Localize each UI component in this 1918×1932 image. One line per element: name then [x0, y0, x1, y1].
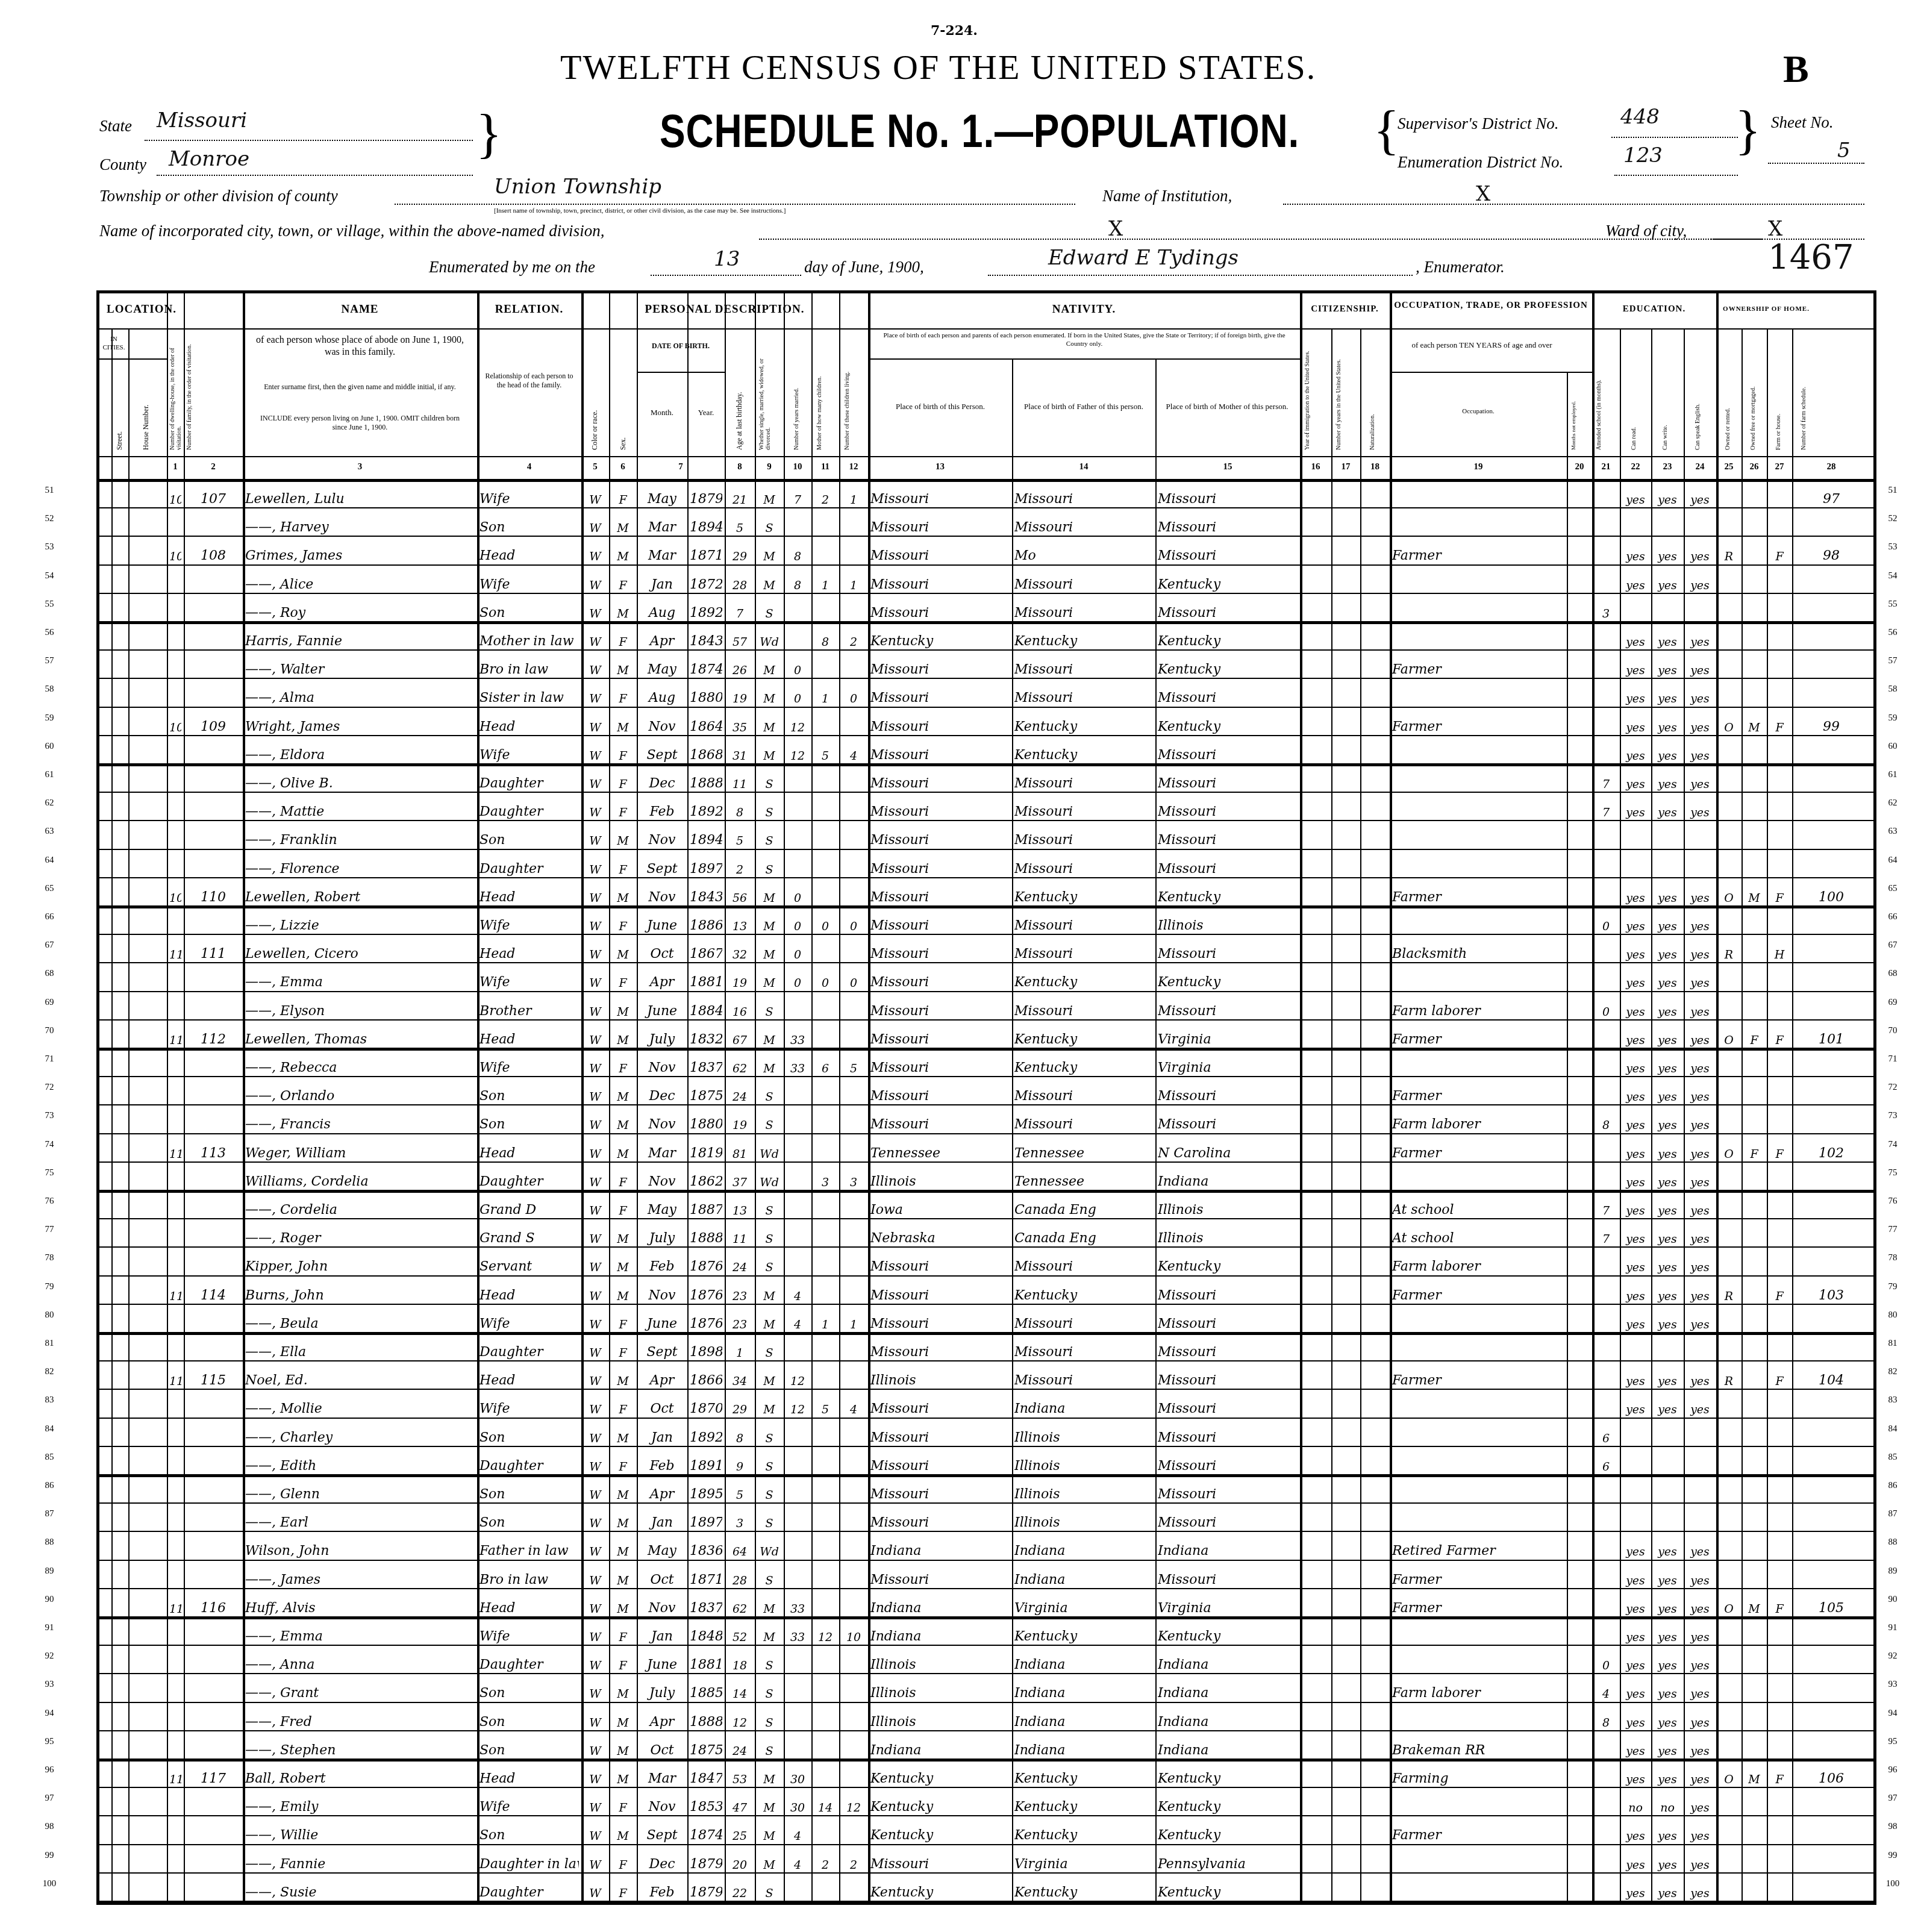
- line-number: 59: [1881, 713, 1905, 724]
- line-number: 89: [1881, 1566, 1905, 1577]
- column-number: 3: [243, 462, 477, 472]
- cell-write: yes: [1654, 1035, 1681, 1046]
- cell-relation: Servant: [479, 1260, 579, 1274]
- cell-year: 1897: [690, 863, 722, 876]
- cell-name: ——, Grant: [245, 1687, 475, 1700]
- cell-name: ——, Alice: [245, 578, 475, 592]
- cell-yrs-married: 4: [786, 1831, 809, 1842]
- line-number: 90: [37, 1595, 61, 1605]
- cell-year: 1868: [690, 749, 722, 762]
- line-number: 85: [37, 1452, 61, 1463]
- cell-mother-birth: Kentucky: [1158, 1630, 1298, 1643]
- cell-occupation: Farmer: [1392, 1602, 1564, 1615]
- cell-birth: Missouri: [870, 1005, 1010, 1018]
- cell-age: 22: [727, 1888, 752, 1899]
- cell-english: yes: [1686, 722, 1714, 734]
- column-number: 23: [1651, 462, 1684, 472]
- cell-sex: F: [611, 1205, 634, 1217]
- cell-marital: M: [757, 1319, 781, 1331]
- line-number: 99: [37, 1851, 61, 1861]
- header-color: Color or race.: [590, 384, 599, 450]
- cell-relation: Son: [479, 1516, 579, 1530]
- header-occupation-desc: of each person TEN YEARS of age and over: [1395, 340, 1569, 350]
- cell-marital: M: [757, 1831, 781, 1842]
- cell-mother-birth: Kentucky: [1158, 1801, 1298, 1814]
- cell-age: 57: [727, 637, 752, 648]
- table-row: ——, FannieDaughter in lawWFDec187920M422…: [99, 1845, 1873, 1874]
- cell-mother-birth: Missouri: [1158, 863, 1298, 876]
- line-number: 87: [1881, 1509, 1905, 1519]
- line-number: 72: [37, 1083, 61, 1093]
- cell-farm: F: [1769, 893, 1790, 904]
- cell-english: yes: [1686, 1035, 1714, 1046]
- cell-age: 12: [727, 1718, 752, 1729]
- cell-father-birth: Indiana: [1014, 1687, 1153, 1700]
- cell-yrs-married: 33: [786, 1035, 809, 1046]
- cell-year: 1879: [690, 1858, 722, 1871]
- line-number: 52: [1881, 514, 1905, 524]
- cell-farm: F: [1769, 551, 1790, 563]
- cell-year: 1880: [690, 692, 722, 705]
- cell-read: yes: [1622, 1149, 1649, 1160]
- cell-school: 7: [1595, 1205, 1617, 1217]
- cell-name: ——, Emma: [245, 976, 475, 989]
- cell-mother-birth: Kentucky: [1158, 721, 1298, 734]
- cell-schedule: 102: [1795, 1147, 1868, 1160]
- cell-color: W: [584, 807, 607, 819]
- cell-mother-birth: Missouri: [1158, 749, 1298, 762]
- cell-sex: M: [611, 1689, 634, 1700]
- cell-mother-birth: Missouri: [1158, 948, 1298, 961]
- cell-occupation: Farming: [1392, 1772, 1564, 1786]
- line-number: 99: [1881, 1851, 1905, 1861]
- cell-marital: S: [757, 779, 781, 790]
- cell-living: 10: [842, 1632, 866, 1643]
- cell-name: ——, Fannie: [245, 1858, 475, 1871]
- cell-year: 1895: [690, 1488, 722, 1501]
- line-number: 100: [37, 1879, 61, 1889]
- cell-family: 111: [186, 948, 240, 961]
- cell-english: yes: [1686, 1746, 1714, 1757]
- header-immigration-year: Year of immigration to the United States…: [1304, 336, 1311, 450]
- cell-year: 1871: [690, 1574, 722, 1587]
- line-number: 84: [1881, 1424, 1905, 1434]
- cell-age: 35: [727, 722, 752, 734]
- cell-read: yes: [1622, 495, 1649, 506]
- cell-relation: Sister in law: [479, 692, 579, 705]
- cell-color: W: [584, 1746, 607, 1757]
- cell-father-birth: Kentucky: [1014, 1630, 1153, 1643]
- header-nativity-desc: Place of birth of each person and parent…: [876, 332, 1292, 349]
- cell-name: ——, Olive B.: [245, 777, 475, 790]
- cell-english: yes: [1686, 1007, 1714, 1018]
- cell-english: yes: [1686, 1802, 1714, 1814]
- cell-english: yes: [1686, 1888, 1714, 1899]
- cell-school: 7: [1595, 1234, 1617, 1245]
- cell-english: yes: [1686, 1205, 1714, 1217]
- cell-relation: Wife: [479, 1402, 579, 1416]
- cell-month: Mar: [639, 549, 685, 563]
- cell-color: W: [584, 1660, 607, 1672]
- cell-sex: M: [611, 1120, 634, 1131]
- table-row: ——, FrancisSonWMNov188019SMissouriMissou…: [99, 1105, 1873, 1134]
- cell-birth: Missouri: [870, 1061, 1010, 1075]
- header-marital: Whether single, married, widowed, or div…: [758, 336, 772, 450]
- cell-family: 116: [186, 1602, 240, 1615]
- line-number: 88: [1881, 1537, 1905, 1548]
- cell-english: yes: [1686, 1546, 1714, 1558]
- cell-mother-birth: Missouri: [1158, 1488, 1298, 1501]
- line-number: 94: [37, 1708, 61, 1719]
- enumerator-fill-line: [988, 275, 1413, 276]
- cell-month: June: [639, 919, 685, 933]
- line-number: 65: [37, 884, 61, 894]
- cell-birth: Missouri: [870, 578, 1010, 592]
- cell-occupation: Blacksmith: [1392, 948, 1564, 961]
- cell-sex: M: [611, 1376, 634, 1387]
- header-nativity: NATIVITY.: [868, 303, 1300, 316]
- enumeration-label: Enumeration District No.: [1398, 153, 1563, 172]
- cell-living: 4: [842, 1404, 866, 1416]
- cell-read: yes: [1622, 551, 1649, 563]
- column-number: 16: [1300, 462, 1331, 472]
- cell-month: Nov: [639, 1602, 685, 1615]
- cell-month: May: [639, 1545, 685, 1558]
- cell-family: 108: [186, 549, 240, 563]
- cell-name: ——, Cordelia: [245, 1204, 475, 1217]
- cell-marital: Wd: [757, 637, 781, 648]
- cell-age: 62: [727, 1604, 752, 1615]
- cell-age: 8: [727, 1433, 752, 1445]
- cell-read: yes: [1622, 779, 1649, 790]
- line-number: 74: [37, 1140, 61, 1150]
- header-sex: Sex.: [619, 414, 628, 450]
- cell-sex: F: [611, 693, 634, 705]
- cell-relation: Son: [479, 1687, 579, 1700]
- cell-sex: M: [611, 836, 634, 847]
- sheet-letter: B: [1783, 47, 1809, 92]
- cell-year: 1879: [690, 1886, 722, 1899]
- line-number: 61: [1881, 770, 1905, 780]
- header-location: LOCATION.: [99, 303, 184, 316]
- header-name: NAME: [243, 303, 477, 316]
- cell-name: ——, Ella: [245, 1346, 475, 1359]
- table-row: ——, SusieDaughterWFFeb187922SKentuckyKen…: [99, 1874, 1873, 1902]
- header-birth-father: Place of birth of Father of this person.: [1017, 402, 1151, 411]
- cell-living: 2: [842, 637, 866, 648]
- cell-living: 12: [842, 1802, 866, 1814]
- cell-mother-birth: Illinois: [1158, 919, 1298, 933]
- cell-english: yes: [1686, 551, 1714, 563]
- cell-birth: Missouri: [870, 1516, 1010, 1530]
- cell-name: ——, Roger: [245, 1232, 475, 1245]
- cell-relation: Grand D: [479, 1204, 579, 1217]
- cell-relation: Wife: [479, 1318, 579, 1331]
- cell-living: 1: [842, 1319, 866, 1331]
- cell-age: 23: [727, 1291, 752, 1302]
- line-number: 71: [1881, 1054, 1905, 1064]
- cell-color: W: [584, 1262, 607, 1274]
- cell-month: Oct: [639, 1574, 685, 1587]
- cell-color: W: [584, 1376, 607, 1387]
- cell-occupation: Farmer: [1392, 663, 1564, 677]
- cell-yrs-married: 0: [786, 665, 809, 677]
- cell-read: yes: [1622, 722, 1649, 734]
- cell-marital: S: [757, 1888, 781, 1899]
- stamp-number: 1467: [1768, 238, 1854, 277]
- cell-sex: M: [611, 949, 634, 961]
- line-number: 62: [37, 798, 61, 808]
- cell-schedule: 105: [1795, 1602, 1868, 1615]
- table-row: 112113Weger, WilliamHeadWMMar181981WdTen…: [99, 1134, 1873, 1163]
- cell-month: Nov: [639, 1118, 685, 1131]
- cell-month: Jan: [639, 1431, 685, 1445]
- table-row: ——, AlmaSister in lawWFAug188019M010Miss…: [99, 679, 1873, 707]
- line-number: 98: [1881, 1822, 1905, 1832]
- cell-relation: Head: [479, 948, 579, 961]
- header-can-speak-english: Can speak English.: [1695, 354, 1701, 450]
- supervisor-value: 448: [1620, 105, 1660, 129]
- state-label: State: [99, 117, 132, 136]
- cell-year: 1843: [690, 635, 722, 648]
- cell-write: yes: [1654, 1319, 1681, 1331]
- cell-english: yes: [1686, 1234, 1714, 1245]
- cell-write: yes: [1654, 1718, 1681, 1729]
- cell-farm: F: [1769, 1376, 1790, 1387]
- line-number: 77: [1881, 1225, 1905, 1235]
- cell-english: yes: [1686, 1404, 1714, 1416]
- cell-mother-birth: Indiana: [1158, 1744, 1298, 1757]
- supervisor-label: Supervisor's District No.: [1398, 114, 1559, 133]
- cell-yrs-married: 33: [786, 1632, 809, 1643]
- cell-sex: F: [611, 1860, 634, 1871]
- cell-school: 8: [1595, 1120, 1617, 1131]
- header-personal: PERSONAL DESCRIPTION.: [581, 303, 868, 316]
- header-owned-rented: Owned or rented.: [1725, 360, 1731, 450]
- cell-living: 4: [842, 751, 866, 762]
- cell-name: Wright, James: [245, 721, 475, 734]
- cell-name: Grimes, James: [245, 549, 475, 563]
- cell-family: 113: [186, 1147, 240, 1160]
- cell-relation: Son: [479, 1118, 579, 1131]
- cell-year: 1848: [690, 1630, 722, 1643]
- cell-name: ——, Eldora: [245, 749, 475, 762]
- cell-school: 0: [1595, 1007, 1617, 1018]
- line-number: 79: [1881, 1282, 1905, 1292]
- cell-read: yes: [1622, 921, 1649, 933]
- cell-father-birth: Tennessee: [1014, 1147, 1153, 1160]
- cell-marital: Wd: [757, 1149, 781, 1160]
- cell-name: Lewellen, Thomas: [245, 1033, 475, 1046]
- cell-age: 26: [727, 665, 752, 677]
- cell-read: yes: [1622, 1035, 1649, 1046]
- line-number: 81: [37, 1339, 61, 1349]
- table-row: ——, FranklinSonWMNov18945SMissouriMissou…: [99, 821, 1873, 849]
- cell-name: ——, Earl: [245, 1516, 475, 1530]
- cell-read: yes: [1622, 1376, 1649, 1387]
- column-number: 9: [755, 462, 784, 472]
- cell-relation: Wife: [479, 976, 579, 989]
- cell-english: yes: [1686, 1632, 1714, 1643]
- cell-marital: M: [757, 495, 781, 506]
- cell-name: ——, Emma: [245, 1630, 475, 1643]
- cell-read: no: [1622, 1802, 1649, 1814]
- cell-owned: R: [1719, 551, 1739, 563]
- cell-relation: Son: [479, 1090, 579, 1103]
- cell-birth: Tennessee: [870, 1147, 1010, 1160]
- cell-sex: M: [611, 1718, 634, 1729]
- cell-mother-birth: Missouri: [1158, 834, 1298, 847]
- line-number: 93: [1881, 1680, 1905, 1690]
- cell-occupation: Farmer: [1392, 891, 1564, 904]
- cell-farm: F: [1769, 1291, 1790, 1302]
- cell-color: W: [584, 637, 607, 648]
- cell-relation: Daughter: [479, 863, 579, 876]
- cell-birth: Missouri: [870, 549, 1010, 563]
- line-number: 55: [37, 599, 61, 610]
- cell-color: W: [584, 1092, 607, 1103]
- cell-marital: M: [757, 949, 781, 961]
- cell-age: 20: [727, 1860, 752, 1871]
- cell-mother-of: 8: [814, 637, 837, 648]
- cell-relation: Son: [479, 1431, 579, 1445]
- line-number: 91: [37, 1623, 61, 1633]
- row-divider: [99, 1901, 1873, 1904]
- cell-marital: M: [757, 1604, 781, 1615]
- cell-age: 23: [727, 1319, 752, 1331]
- cell-name: ——, Anna: [245, 1658, 475, 1672]
- cell-occupation: Farmer: [1392, 1289, 1564, 1302]
- cell-month: Feb: [639, 1886, 685, 1899]
- cell-month: Feb: [639, 1260, 685, 1274]
- cell-dwelling: 109: [169, 893, 181, 904]
- cell-write: yes: [1654, 693, 1681, 705]
- cell-mother-birth: Missouri: [1158, 692, 1298, 705]
- cell-read: yes: [1622, 1063, 1649, 1075]
- line-number: 71: [37, 1054, 61, 1064]
- cell-schedule: 100: [1795, 891, 1868, 904]
- line-number: 60: [1881, 742, 1905, 752]
- header-in-cities: IN CITIES.: [99, 336, 128, 352]
- column-number: 22: [1620, 462, 1651, 472]
- cell-farm: H: [1769, 949, 1790, 961]
- cell-sex: M: [611, 1746, 634, 1757]
- cell-schedule: 99: [1795, 721, 1868, 734]
- cell-age: 18: [727, 1660, 752, 1672]
- table-row: ——, EmmaWifeWFApr188119M000MissouriKentu…: [99, 963, 1873, 992]
- cell-dwelling: 112: [169, 1149, 181, 1160]
- cell-yrs-married: 8: [786, 580, 809, 592]
- cell-father-birth: Indiana: [1014, 1545, 1153, 1558]
- column-number: 11: [811, 462, 839, 472]
- header-dwelling: Number of dwelling-house, in the order o…: [169, 336, 183, 450]
- cell-english: yes: [1686, 1149, 1714, 1160]
- cell-birth: Illinois: [870, 1687, 1010, 1700]
- cell-year: 1874: [690, 663, 722, 677]
- table-row: ——, EdithDaughterWFFeb18919SMissouriIlli…: [99, 1447, 1873, 1475]
- cell-birth: Kentucky: [870, 1886, 1010, 1899]
- cell-yrs-married: 4: [786, 1319, 809, 1331]
- occupation-divider: [1390, 372, 1592, 373]
- cell-free: F: [1744, 1035, 1764, 1046]
- cell-mother-birth: Missouri: [1158, 1318, 1298, 1331]
- cell-name: Ball, Robert: [245, 1772, 475, 1786]
- cell-color: W: [584, 1063, 607, 1075]
- cell-read: yes: [1622, 1546, 1649, 1558]
- cell-birth: Missouri: [870, 1318, 1010, 1331]
- header-name-instr1: Enter surname first, then the given name…: [253, 383, 467, 392]
- cell-father-birth: Missouri: [1014, 493, 1153, 506]
- township-note: [Insert name of township, town, precinct…: [494, 207, 786, 214]
- cell-sex: F: [611, 580, 634, 592]
- cell-name: ——, Alma: [245, 692, 475, 705]
- column-number: 19: [1390, 462, 1567, 472]
- line-number: 67: [1881, 940, 1905, 951]
- cell-father-birth: Mo: [1014, 549, 1153, 563]
- cell-mother-birth: Illinois: [1158, 1232, 1298, 1245]
- cell-dwelling: 115: [169, 1604, 181, 1615]
- cell-month: Sept: [639, 863, 685, 876]
- cell-relation: Head: [479, 1602, 579, 1615]
- cell-month: Oct: [639, 1402, 685, 1416]
- line-number: 60: [37, 742, 61, 752]
- cell-color: W: [584, 921, 607, 933]
- cell-name: ——, Susie: [245, 1886, 475, 1899]
- line-number: 62: [1881, 798, 1905, 808]
- cell-marital: S: [757, 807, 781, 819]
- line-number: 75: [1881, 1168, 1905, 1178]
- line-number: 70: [1881, 1026, 1905, 1036]
- cell-sex: F: [611, 1319, 634, 1331]
- cell-schedule: 104: [1795, 1374, 1868, 1387]
- cell-farm: F: [1769, 1149, 1790, 1160]
- cell-read: yes: [1622, 1860, 1649, 1871]
- document-title: TWELFTH CENSUS OF THE UNITED STATES.: [560, 47, 1316, 87]
- cell-mother-birth: Kentucky: [1158, 1772, 1298, 1786]
- cell-write: yes: [1654, 1546, 1681, 1558]
- cell-birth: Missouri: [870, 1402, 1010, 1416]
- line-number: 78: [1881, 1253, 1905, 1263]
- cell-mother-birth: Indiana: [1158, 1658, 1298, 1672]
- cell-father-birth: Kentucky: [1014, 635, 1153, 648]
- cell-sex: M: [611, 1291, 634, 1302]
- table-row: ——, OrlandoSonWMDec187524SMissouriMissou…: [99, 1077, 1873, 1105]
- cell-marital: M: [757, 921, 781, 933]
- header-months-not-employed: Months not employed.: [1570, 378, 1576, 450]
- cell-write: yes: [1654, 921, 1681, 933]
- cell-sex: M: [611, 1035, 634, 1046]
- cell-year: 1888: [690, 777, 722, 790]
- cell-living: 1: [842, 580, 866, 592]
- cell-yrs-married: 0: [786, 693, 809, 705]
- table-row: Kipper, JohnServantWMFeb187624SMissouriM…: [99, 1248, 1873, 1276]
- cell-english: yes: [1686, 921, 1714, 933]
- cell-write: yes: [1654, 637, 1681, 648]
- cell-write: yes: [1654, 722, 1681, 734]
- cell-birth: Missouri: [870, 521, 1010, 534]
- table-row: ——, CordeliaGrand DWFMay188713SIowaCanad…: [99, 1191, 1873, 1219]
- cell-year: 1886: [690, 919, 722, 933]
- cell-sex: F: [611, 1404, 634, 1416]
- cell-schedule: 106: [1795, 1772, 1868, 1786]
- cell-father-birth: Illinois: [1014, 1460, 1153, 1473]
- cell-occupation: Farmer: [1392, 721, 1564, 734]
- line-number: 84: [37, 1424, 61, 1434]
- cell-occupation: Farmer: [1392, 1574, 1564, 1587]
- cell-age: 21: [727, 495, 752, 506]
- cell-father-birth: Virginia: [1014, 1602, 1153, 1615]
- cell-year: 1888: [690, 1716, 722, 1729]
